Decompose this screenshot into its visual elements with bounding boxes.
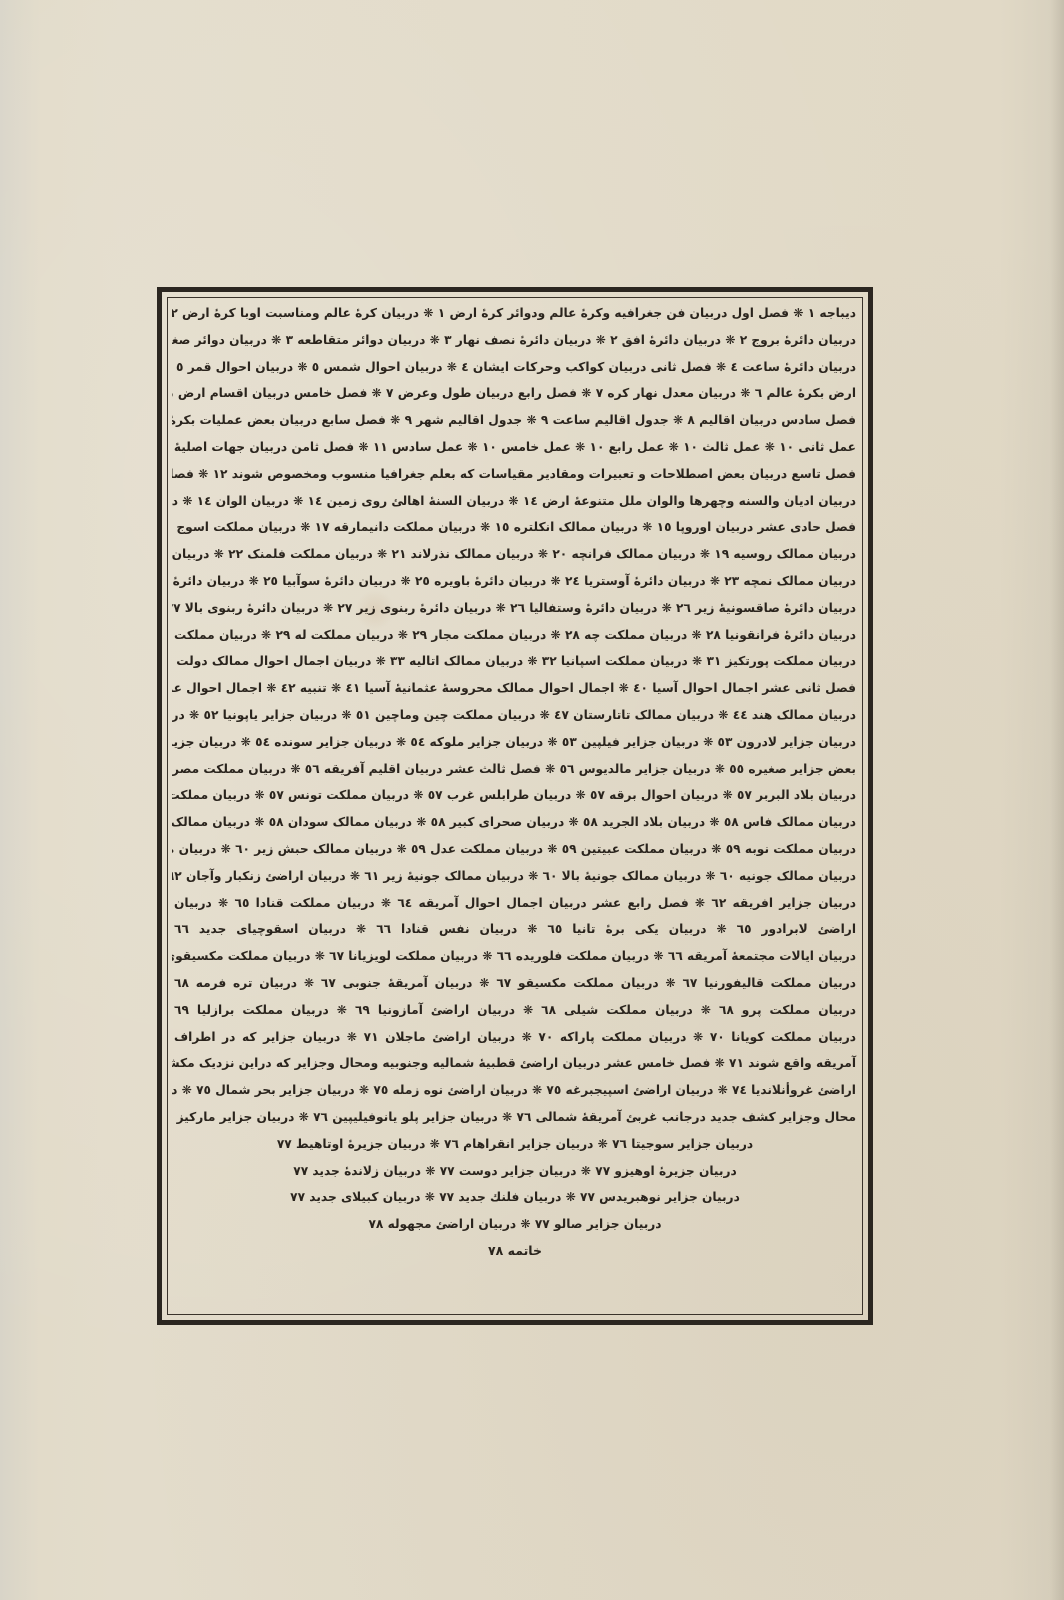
toc-line: دربیان مملکت نوبه ٥۹ ❋ دربیان مملکت عبیت…	[172, 836, 858, 863]
toc-line: دیباجه ۱ ❋ فصل اول دربیان فن جغرافیه وکر…	[172, 300, 858, 327]
toc-line: فصل حادی عشر دربیان اوروپا ۱٥ ❋ دربیان م…	[172, 514, 858, 541]
toc-line: آمریقه واقع شوند ۷۱ ❋ فصل خامس عشر دربیا…	[172, 1050, 858, 1077]
toc-line: دربیان مملکت پرو ٦۸ ❋ دربیان مملکت شیلی …	[172, 997, 858, 1024]
toc-line: اراضئ غروأنلاندیا ۷٤ ❋ دربیان اراضئ اسپی…	[172, 1077, 858, 1104]
page-edge-shadow	[1050, 0, 1064, 1600]
toc-line: بعض جزایر صغیره ٥٥ ❋ دربیان جزایر مالدیو…	[172, 756, 858, 783]
toc-line: دربیان ممالک نمچه ۲۳ ❋ دربیان دائرهٔ آوس…	[172, 568, 858, 595]
toc-line: فصل ثانی عشر اجمال احوال آسیا ٤۰ ❋ اجمال…	[172, 675, 858, 702]
toc-line: دربیان ممالک فاس ٥۸ ❋ دربیان بلاد الجرید…	[172, 809, 858, 836]
toc-line: دربیان دائرهٔ صاقسونیهٔ زیر ۲٦ ❋ دربیان …	[172, 595, 858, 622]
toc-line: دربیان مملکت کویانا ۷۰ ❋ دربیان مملکت پا…	[172, 1024, 858, 1051]
toc-line: دربیان دائرهٔ بروج ۲ ❋ دربیان دائرهٔ افق…	[172, 327, 858, 354]
scanned-page: دیباجه ۱ ❋ فصل اول دربیان فن جغرافیه وکر…	[0, 0, 1064, 1600]
toc-line-centered: دربیان جزایر صالو ۷۷ ❋ دربیان اراضئ مجهو…	[172, 1211, 858, 1238]
table-of-contents: دیباجه ۱ ❋ فصل اول دربیان فن جغرافیه وکر…	[172, 300, 858, 1265]
toc-line: دربیان ممالک جونیه ٦۰ ❋ دربیان ممالک جون…	[172, 863, 858, 890]
toc-line: دربیان جزایر لادرون ٥۳ ❋ دربیان جزایر فی…	[172, 729, 858, 756]
toc-line: دربیان بلاد البربر ٥۷ ❋ دربیان احوال برق…	[172, 782, 858, 809]
toc-line: دربیان جزایر افریقه ٦۲ ❋ فصل رابع عشر در…	[172, 890, 858, 917]
toc-line: دربیان ادیان والسنه وچهرها والوان ملل مت…	[172, 488, 858, 515]
closing-entry: خاتمه ۷۸	[172, 1238, 858, 1265]
toc-line: دربیان دائرهٔ ساعت ٤ ❋ فصل ثانی دربیان ک…	[172, 354, 858, 381]
toc-line-centered: دربیان جزایر نوهبریدس ۷۷ ❋ دربیان فلنك ج…	[172, 1184, 858, 1211]
toc-line: دربیان مملکت پورتکیز ۳۱ ❋ دربیان مملکت ا…	[172, 648, 858, 675]
toc-line: عمل ثانی ۱۰ ❋ عمل ثالث ۱۰ ❋ عمل رابع ۱۰ …	[172, 434, 858, 461]
toc-line: فصل سادس دربیان اقالیم ۸ ❋ جدول اقالیم س…	[172, 407, 858, 434]
toc-line: محال وجزایر کشف جدید درجانب غربئ آمریقهٔ…	[172, 1104, 858, 1131]
toc-line: دربیان ممالک روسیه ۱۹ ❋ دربیان ممالک فرا…	[172, 541, 858, 568]
toc-line: دربیان مملکت قالیفورنیا ٦۷ ❋ دربیان مملک…	[172, 970, 858, 997]
toc-line-centered: دربیان جزیرهٔ اوهیزو ۷۷ ❋ دربیان جزایر د…	[172, 1158, 858, 1185]
toc-line: دربیان ایالات مجتمعهٔ آمریقه ٦٦ ❋ دربیان…	[172, 943, 858, 970]
toc-line: ارض بکرهٔ عالم ٦ ❋ دربیان معدل نهار کره …	[172, 380, 858, 407]
toc-line-centered: دربیان جزایر سوجیتا ۷٦ ❋ دربیان جزایر ان…	[172, 1131, 858, 1158]
toc-line: فصل تاسع دربیان بعض اصطلاحات و تعبیرات و…	[172, 461, 858, 488]
toc-line: دربیان دائرهٔ فرانقونیا ۲۸ ❋ دربیان مملک…	[172, 622, 858, 649]
toc-line: اراضئ لابرادور ٦٥ ❋ دربیان یکی برهٔ تانی…	[172, 916, 858, 943]
toc-line: دربیان ممالک هند ٤٤ ❋ دربیان ممالک تاتار…	[172, 702, 858, 729]
